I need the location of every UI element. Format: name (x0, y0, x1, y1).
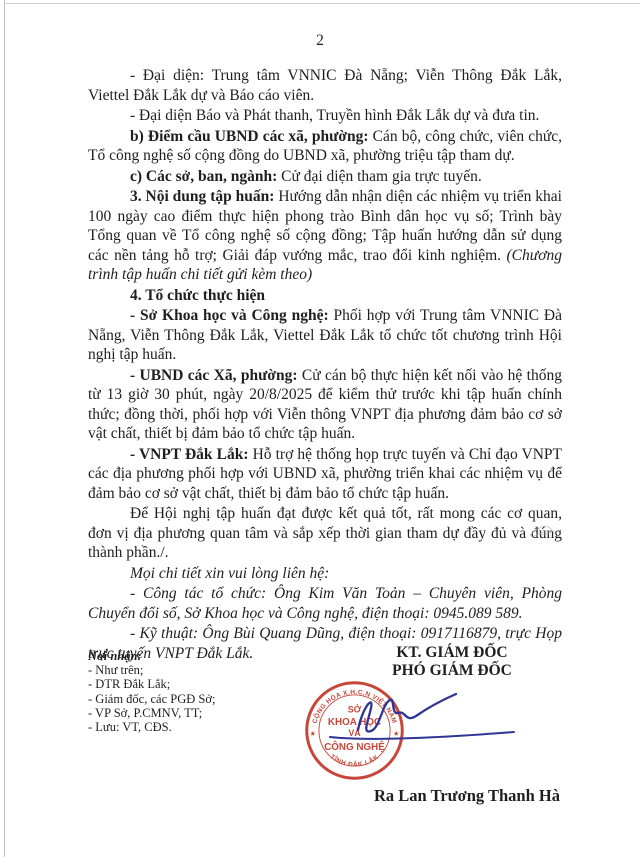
stamp-arc-top-text: CỘNG HÒA X.H.C.N VIỆT NAM (311, 689, 397, 725)
handwritten-signature (328, 688, 518, 746)
signature-underline-stroke (330, 732, 514, 739)
paragraph-3: b) Điểm cầu UBND các xã, phường: Cán bộ,… (88, 127, 562, 166)
scan-edge-top (4, 3, 640, 4)
stamp-center-line-1: SỞ (348, 704, 362, 715)
section-heading: 4. Tổ chức thực hiện (130, 287, 265, 304)
paragraph-heading: - UBND các Xã, phường: (130, 367, 302, 384)
paragraph-heading: c) Các sở, ban, ngành: (130, 168, 281, 185)
signer-name: Ra Lan Trương Thanh Hà (357, 786, 577, 806)
paragraph-12: - Công tác tổ chức: Ông Kim Văn Toản – C… (88, 584, 562, 623)
paragraph-heading: 3. Nội dung tập huấn: (130, 188, 278, 205)
contact-intro: Mọi chi tiết xin vui lòng liên hệ: (130, 565, 329, 582)
stamp-inner-ring (319, 695, 390, 766)
paragraph-6: 4. Tổ chức thực hiện (88, 286, 562, 306)
paragraph-11: Mọi chi tiết xin vui lòng liên hệ: (88, 564, 562, 584)
paragraph-heading: b) Điểm cầu UBND các xã, phường: (130, 128, 373, 145)
stamp-arc-bottom-text: TỈNH ĐẮK LẮK (329, 753, 381, 768)
signer-subtitle: PHÓ GIÁM ĐỐC (342, 662, 562, 680)
paragraph-4: c) Các sở, ban, ngành: Cử đại diện tham … (88, 167, 562, 187)
stamp-center-line-3: VÀ (348, 728, 361, 738)
recipient-line: - DTR Đắk Lắk; (88, 677, 215, 691)
paragraph-13: - Kỹ thuật: Ông Bùi Quang Dũng, điện tho… (88, 624, 562, 663)
star-icon: ★ (393, 731, 399, 738)
recipient-line: - Giám đốc, các PGĐ Sở; (88, 692, 215, 706)
paragraph-text: Cử đại diện tham gia trực tuyến. (281, 168, 482, 185)
paragraph-10: Để Hội nghị tập huấn đạt được kết quả tố… (88, 504, 562, 563)
recipient-line: - VP Sở, P.CMNV, TT; (88, 706, 215, 720)
recipient-line: - Như trên; (88, 663, 215, 677)
paragraph-text: - Đại diện Báo và Phát thanh, Truyền hìn… (130, 107, 539, 124)
contact-organizer: - Công tác tổ chức: Ông Kim Văn Toản – C… (88, 585, 562, 622)
paragraph-7: - Sở Khoa học và Công nghệ: Phối hợp với… (88, 306, 562, 365)
scan-edge-left (4, 0, 5, 857)
paragraph-5: 3. Nội dung tập huấn: Hướng dẫn nhận diệ… (88, 187, 562, 285)
stamp-outer-ring (307, 683, 403, 779)
svg-text:TỈNH ĐẮK LẮK: TỈNH ĐẮK LẮK (329, 753, 381, 768)
paragraph-text: - Đại diện: Trung tâm VNNIC Đà Nẵng; Viễ… (88, 67, 562, 104)
star-icon: ★ (310, 731, 316, 738)
scanned-document-page: 2 - Đại diện: Trung tâm VNNIC Đà Nẵng; V… (0, 0, 640, 857)
official-stamp: CỘNG HÒA X.H.C.N VIỆT NAM TỈNH ĐẮK LẮK ★… (303, 679, 406, 782)
svg-text:CỘNG HÒA X.H.C.N VIỆT NAM: CỘNG HÒA X.H.C.N VIỆT NAM (311, 689, 397, 725)
document-body: - Đại diện: Trung tâm VNNIC Đà Nẵng; Viễ… (0, 66, 640, 663)
stamp-center-line-2: KHOA HỌC (328, 717, 381, 728)
paragraph-heading: - VNPT Đắk Lắk: (130, 446, 253, 463)
paragraph-2: - Đại diện Báo và Phát thanh, Truyền hìn… (88, 106, 562, 126)
paragraph-heading: - Sở Khoa học và Công nghệ: (130, 307, 333, 324)
paragraph-8: - UBND các Xã, phường: Cử cán bộ thực hi… (88, 366, 562, 444)
stamp-center-line-4: CÔNG NGHỆ (324, 741, 385, 753)
paragraph-9: - VNPT Đắk Lắk: Hỗ trợ hệ thống họp trực… (88, 445, 562, 504)
signature-flourish-stroke (358, 694, 456, 731)
paragraph-1: - Đại diện: Trung tâm VNNIC Đà Nẵng; Viễ… (88, 66, 562, 105)
contact-technical: - Kỹ thuật: Ông Bùi Quang Dũng, điện tho… (88, 625, 562, 662)
paragraph-text: Để Hội nghị tập huấn đạt được kết quả tố… (88, 505, 562, 561)
recipient-line: - Lưu: VT, CĐS. (88, 720, 215, 734)
page-number: 2 (0, 0, 640, 51)
